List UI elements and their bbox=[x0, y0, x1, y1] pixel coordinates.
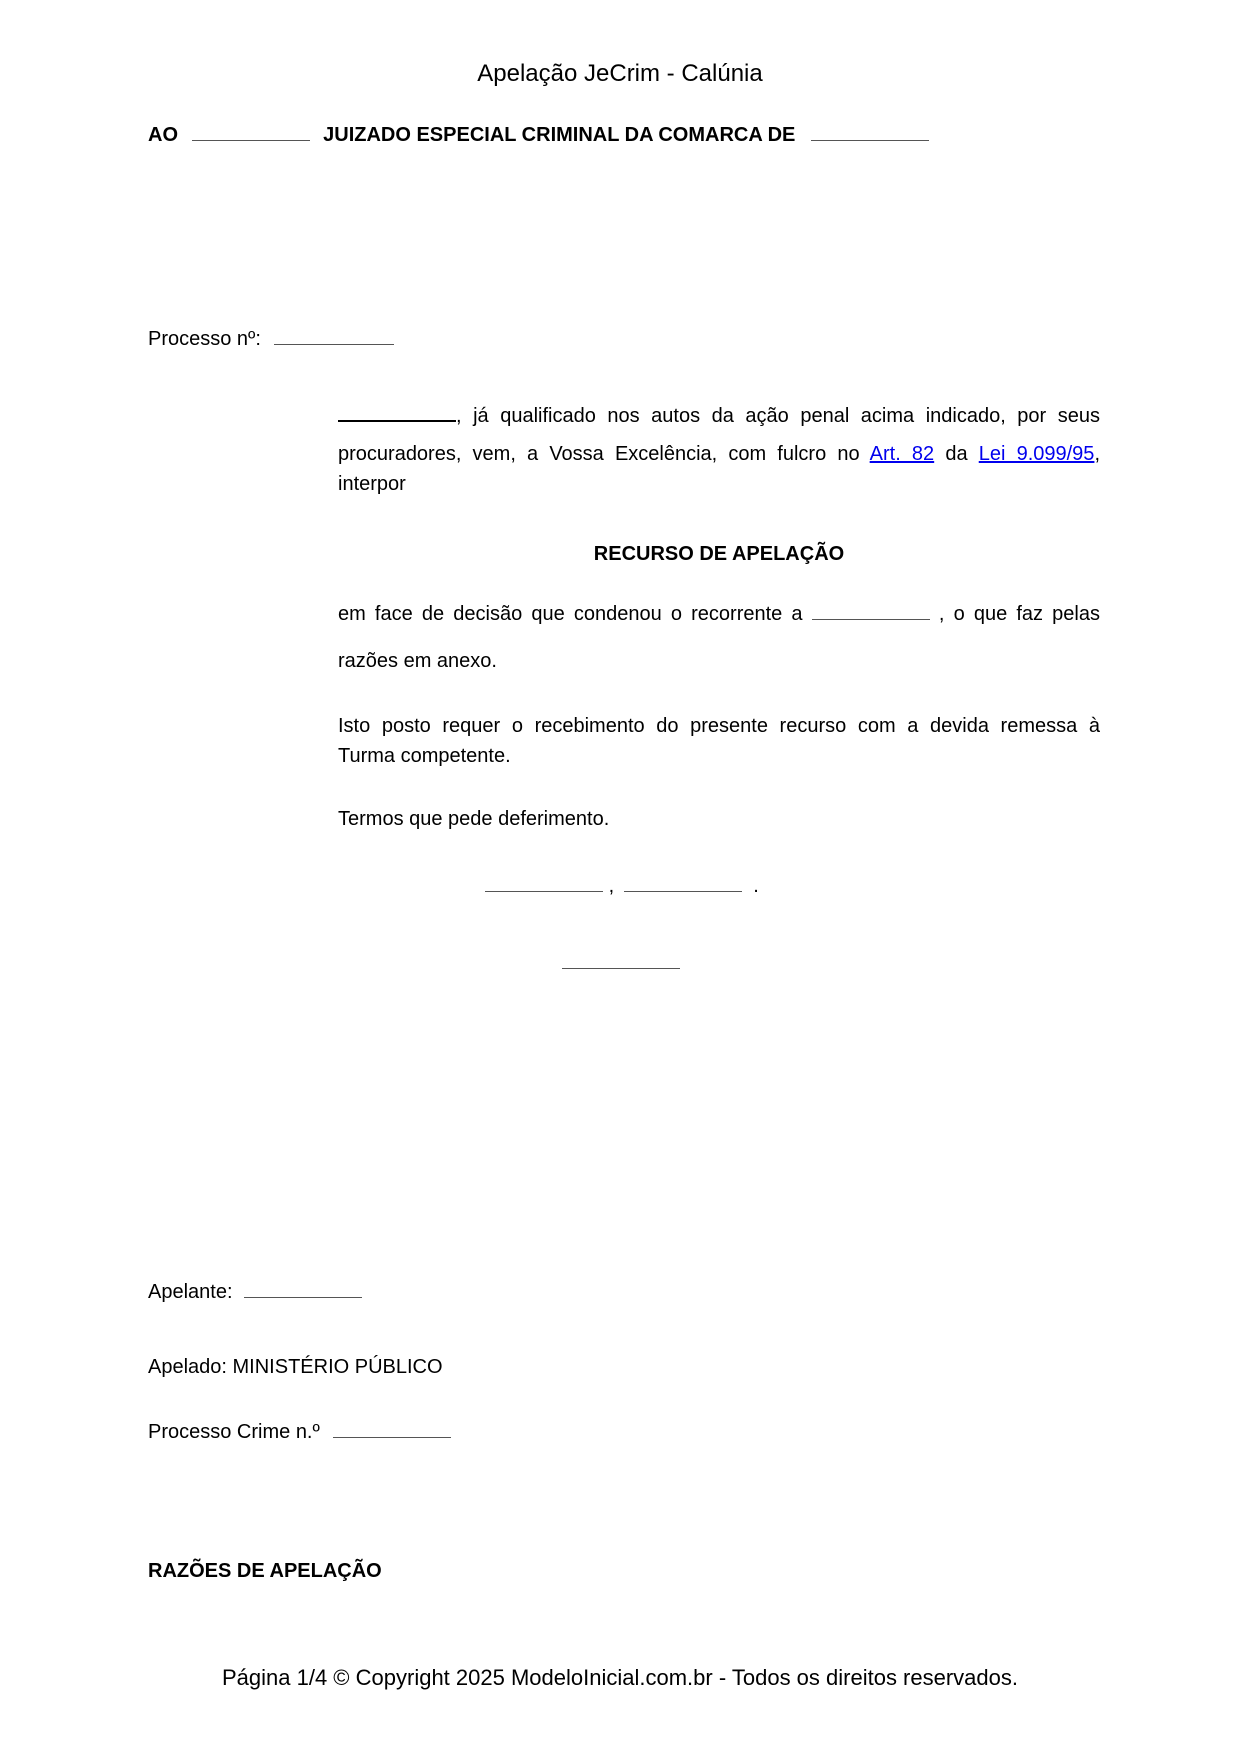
date-blank bbox=[624, 890, 742, 892]
sentence-blank bbox=[812, 618, 930, 620]
decision-text-1: em face de decisão que condenou o recorr… bbox=[338, 603, 803, 625]
request-line-1: Isto posto requer o recebimento do prese… bbox=[338, 716, 1100, 736]
date-end: . bbox=[753, 875, 759, 897]
intro-text-2: procuradores, vem, a Vossa Excelência, c… bbox=[338, 443, 860, 465]
date-line: , . bbox=[485, 876, 759, 896]
page-footer: Página 1/4 © Copyright 2025 ModeloInicia… bbox=[0, 1667, 1240, 1689]
apelante-line: Apelante: bbox=[148, 1282, 362, 1302]
decision-line-2: razões em anexo. bbox=[338, 651, 497, 671]
signature-line bbox=[562, 968, 680, 969]
processo-line: Processo nº: bbox=[148, 329, 394, 349]
defendant-name-blank bbox=[338, 419, 456, 422]
decision-line-1: em face de decisão que condenou o recorr… bbox=[338, 604, 1100, 624]
intro-text-1: , já qualificado nos autos da ação penal… bbox=[456, 405, 1100, 427]
intro-text-da: da bbox=[945, 443, 967, 465]
recurso-heading: RECURSO DE APELAÇÃO bbox=[338, 544, 1100, 564]
date-separator: , bbox=[609, 875, 615, 897]
document-title: Apelação JeCrim - Calúnia bbox=[0, 62, 1240, 86]
decision-text-2: , o que faz pelas bbox=[939, 603, 1100, 625]
closing-text: Termos que pede deferimento. bbox=[338, 809, 609, 829]
razoes-heading: RAZÕES DE APELAÇÃO bbox=[148, 1561, 382, 1581]
addressee-court: JUIZADO ESPECIAL CRIMINAL DA COMARCA DE bbox=[323, 124, 795, 146]
addressee-line: AO JUIZADO ESPECIAL CRIMINAL DA COMARCA … bbox=[148, 125, 929, 145]
intro-comma: , bbox=[1094, 443, 1100, 465]
processo-crime-label: Processo Crime n.º bbox=[148, 1421, 320, 1443]
intro-line-2: procuradores, vem, a Vossa Excelência, c… bbox=[338, 444, 1100, 464]
processo-label: Processo nº: bbox=[148, 328, 261, 350]
request-line-2: Turma competente. bbox=[338, 746, 511, 766]
addressee-prefix: AO bbox=[148, 124, 178, 146]
processo-blank bbox=[274, 343, 394, 345]
comarca-blank bbox=[811, 139, 929, 141]
processo-crime-blank bbox=[333, 1436, 451, 1438]
intro-line-3: interpor bbox=[338, 474, 406, 494]
apelante-label: Apelante: bbox=[148, 1281, 233, 1303]
apelado-line: Apelado: MINISTÉRIO PÚBLICO bbox=[148, 1357, 443, 1377]
intro-line-1: , já qualificado nos autos da ação penal… bbox=[338, 406, 1100, 426]
art-82-link[interactable]: Art. 82 bbox=[870, 443, 935, 465]
city-blank bbox=[485, 890, 603, 892]
lei-9099-link[interactable]: Lei 9.099/95 bbox=[979, 443, 1095, 465]
processo-crime-line: Processo Crime n.º bbox=[148, 1422, 451, 1442]
apelante-blank bbox=[244, 1296, 362, 1298]
court-number-blank bbox=[192, 139, 310, 141]
